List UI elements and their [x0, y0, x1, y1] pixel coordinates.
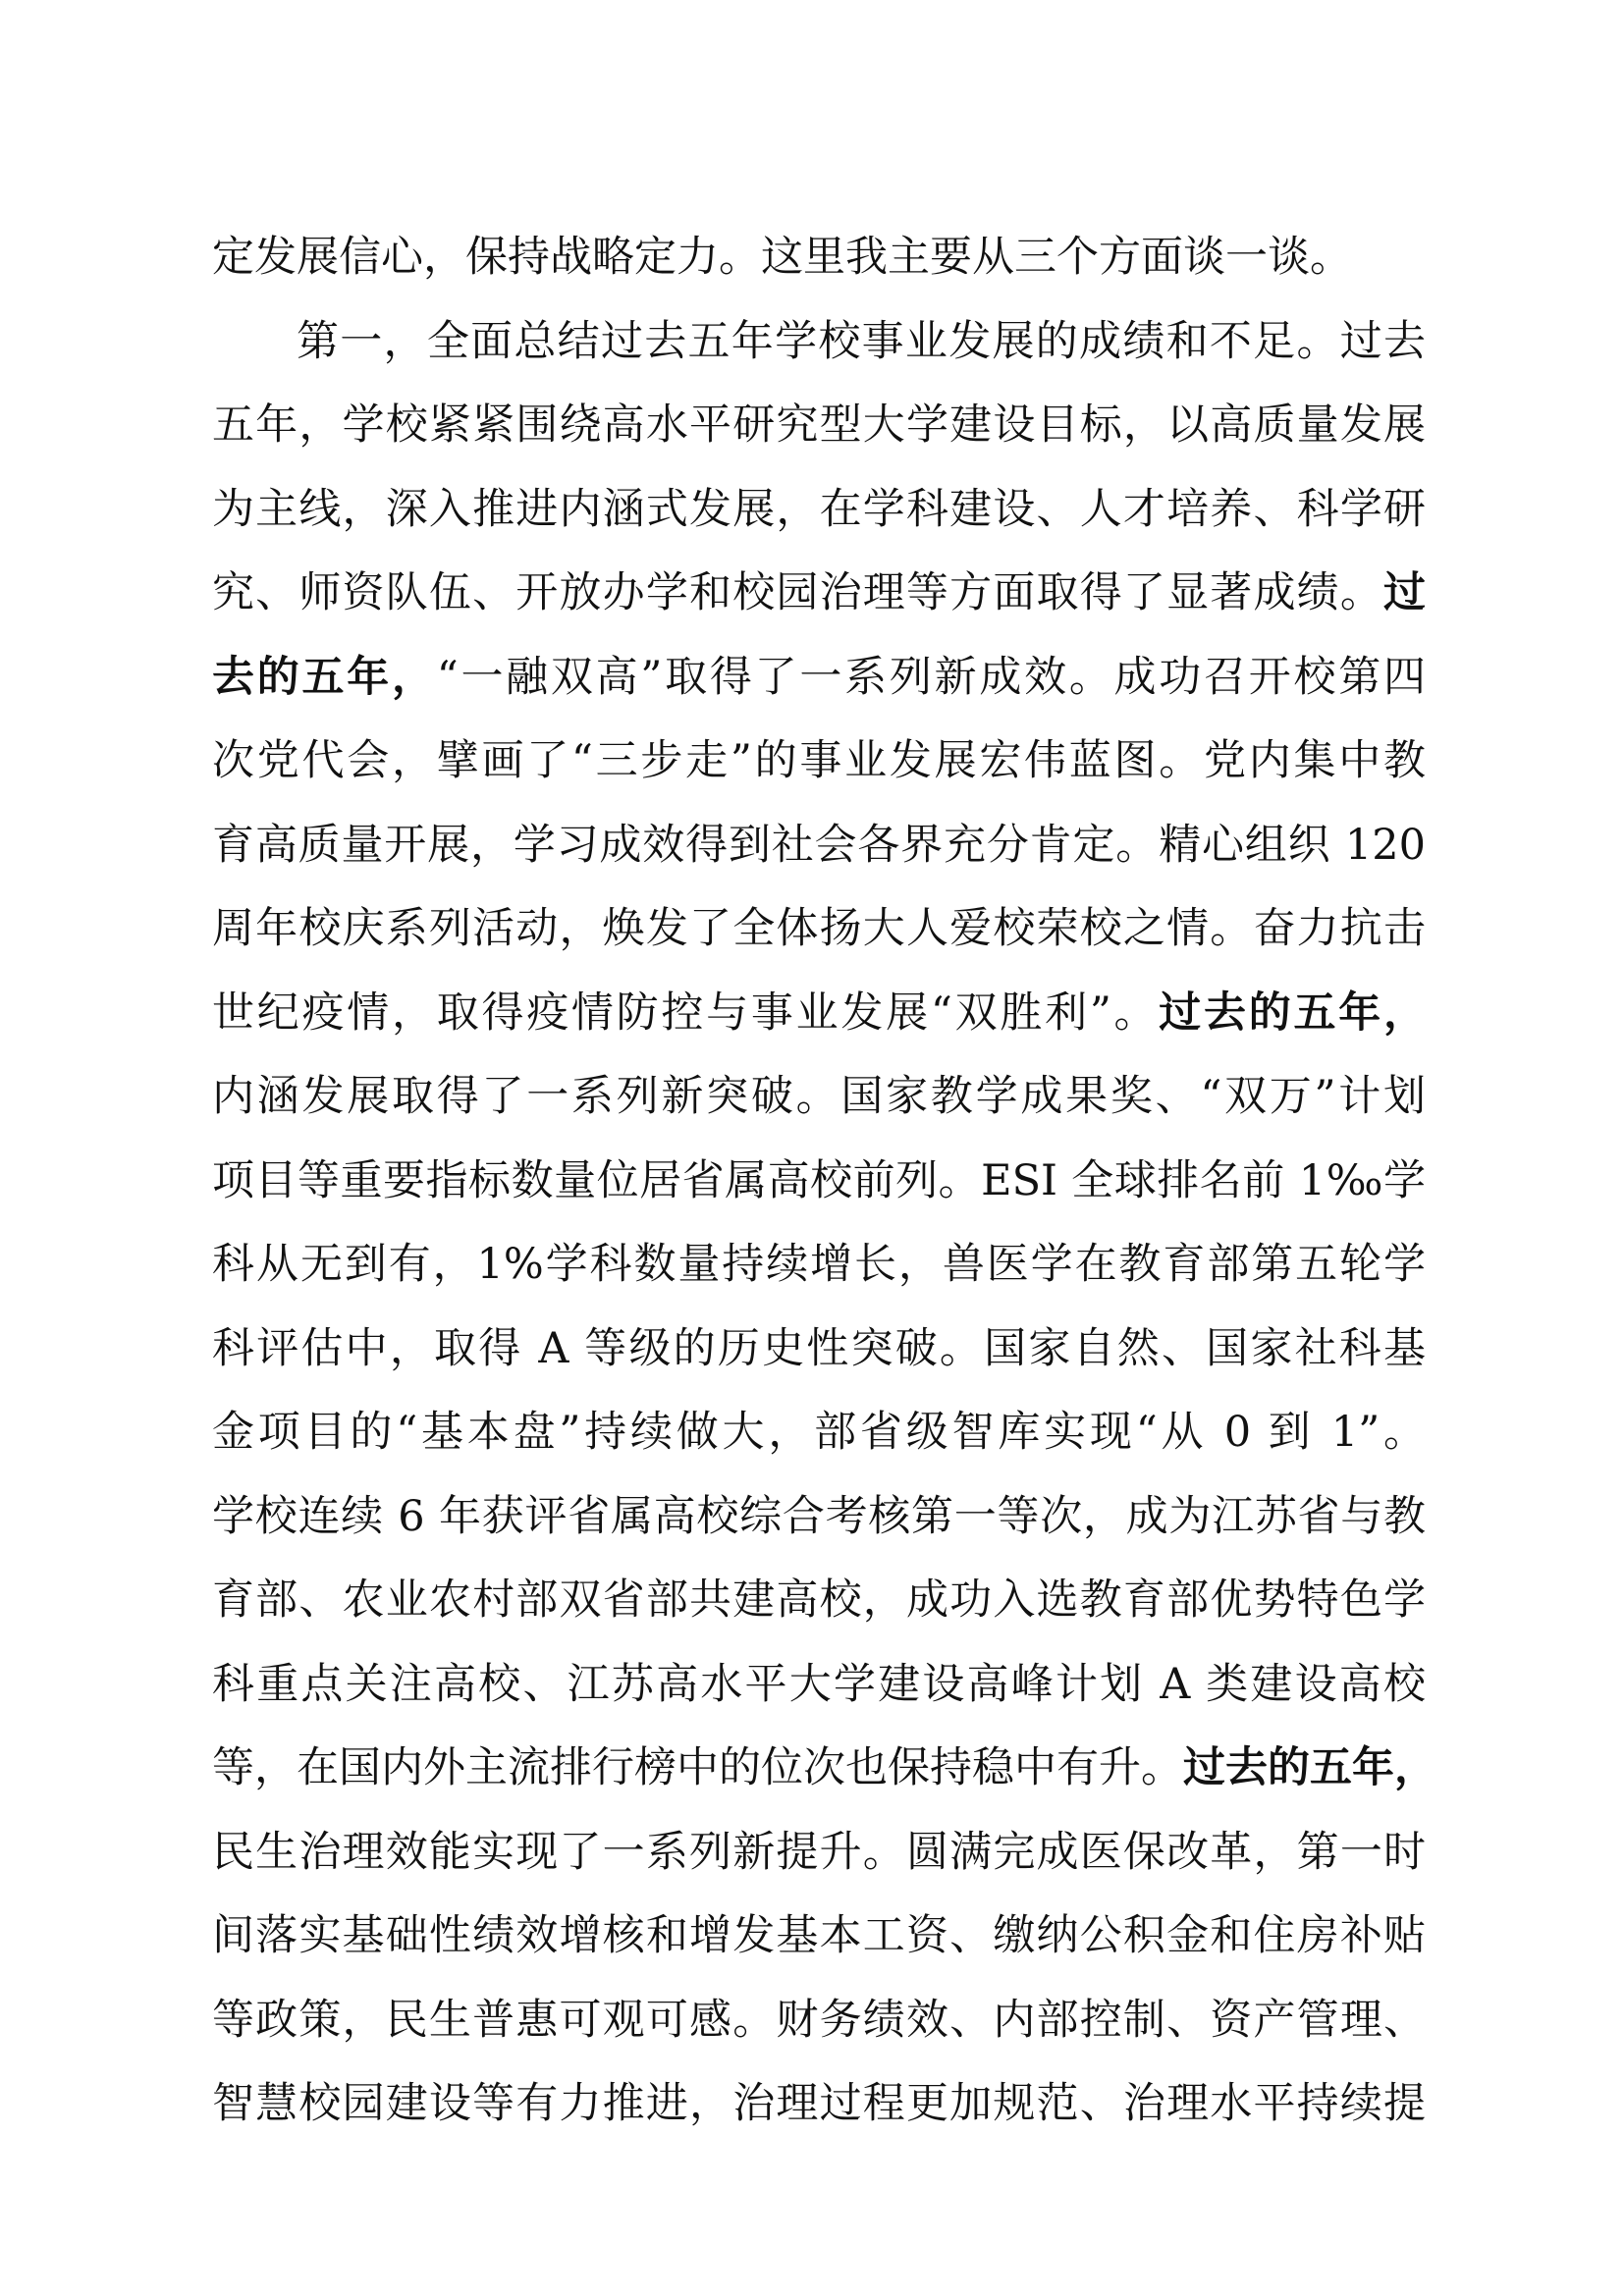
text-line-22: 等政策，民生普惠可观可感。财务绩效、内部控制、资产管理、: [212, 1991, 1426, 2050]
text-segment: 定发展信心，保持战略定力。这里我主要从三个方面谈一谈。: [212, 233, 1352, 282]
text-segment: 育部、农业农村部双省部共建高校，成功入选教育部优势特色学: [212, 1575, 1426, 1625]
text-line-14: 科评估中，取得 A 等级的历史性突破。国家自然、国家社科基: [212, 1319, 1426, 1378]
bold-text-segment: 过去的五年，: [1183, 1743, 1436, 1792]
text-line-5: 究、师资队伍、开放办学和校园治理等方面取得了显著成绩。过: [212, 563, 1426, 622]
text-line-18: 科重点关注高校、江苏高水平大学建设高峰计划 A 类建设高校: [212, 1655, 1426, 1714]
text-segment: 育高质量开展，学习成效得到社会各界充分肯定。精心组织 120: [212, 821, 1426, 870]
text-line-3: 五年，学校紧紧围绕高水平研究型大学建设目标，以高质量发展: [212, 396, 1426, 454]
text-line-19: 等，在国内外主流排行榜中的位次也保持稳中有升。过去的五年，: [212, 1738, 1426, 1797]
text-segment: 五年，学校紧紧围绕高水平研究型大学建设目标，以高质量发展: [212, 400, 1426, 450]
text-segment: 民生治理效能实现了一系列新提升。圆满完成医保改革，第一时: [212, 1828, 1426, 1877]
text-segment: 金项目的“基本盘”持续做大，部省级智库实现“从 0 到 1”。: [212, 1408, 1426, 1457]
text-line-13: 科从无到有，1%学科数量持续增长，兽医学在教育部第五轮学: [212, 1235, 1426, 1294]
text-line-6: 去的五年，“一融双高”取得了一系列新成效。成功召开校第四: [212, 648, 1426, 707]
text-line-17: 育部、农业农村部双省部共建高校，成功入选教育部优势特色学: [212, 1571, 1426, 1629]
text-line-8: 育高质量开展，学习成效得到社会各界充分肯定。精心组织 120: [212, 816, 1426, 875]
document-page: 定发展信心，保持战略定力。这里我主要从三个方面谈一谈。 第一，全面总结过去五年学…: [0, 0, 1624, 2296]
text-line-20: 民生治理效能实现了一系列新提升。圆满完成医保改革，第一时: [212, 1823, 1426, 1882]
text-line-7: 次党代会，擘画了“三步走”的事业发展宏伟蓝图。党内集中教: [212, 731, 1426, 790]
text-line-9: 周年校庆系列活动，焕发了全体扬大人爱校荣校之情。奋力抗击: [212, 899, 1426, 958]
bold-text-segment: 去的五年，: [212, 653, 437, 702]
text-line-2-paragraph-start: 第一，全面总结过去五年学校事业发展的成绩和不足。过去: [297, 312, 1426, 371]
text-segment: 科重点关注高校、江苏高水平大学建设高峰计划 A 类建设高校: [212, 1660, 1426, 1709]
bold-text-segment: 过: [1383, 568, 1426, 617]
text-line-16: 学校连续 6 年获评省属高校综合考核第一等次，成为江苏省与教: [212, 1487, 1426, 1546]
text-segment: 世纪疫情，取得疫情防控与事业发展“双胜利”。: [212, 988, 1159, 1038]
text-line-23: 智慧校园建设等有力推进，治理过程更加规范、治理水平持续提: [212, 2074, 1426, 2133]
text-segment: 项目等重要指标数量位居省属高校前列。ESI 全球排名前 1‰学: [212, 1156, 1426, 1205]
text-segment: 学校连续 6 年获评省属高校综合考核第一等次，成为江苏省与教: [212, 1492, 1426, 1541]
text-line-1: 定发展信心，保持战略定力。这里我主要从三个方面谈一谈。: [212, 228, 1426, 287]
text-segment: 究、师资队伍、开放办学和校园治理等方面取得了显著成绩。: [212, 568, 1383, 617]
text-line-12: 项目等重要指标数量位居省属高校前列。ESI 全球排名前 1‰学: [212, 1151, 1426, 1210]
text-segment: 等，在国内外主流排行榜中的位次也保持稳中有升。: [212, 1743, 1183, 1792]
text-segment: 为主线，深入推进内涵式发展，在学科建设、人才培养、科学研: [212, 485, 1426, 534]
text-line-11: 内涵发展取得了一系列新突破。国家教学成果奖、“双万”计划: [212, 1067, 1426, 1126]
text-line-10: 世纪疫情，取得疫情防控与事业发展“双胜利”。过去的五年，: [212, 984, 1426, 1042]
bold-text-segment: 过去的五年，: [1159, 988, 1426, 1038]
text-line-4: 为主线，深入推进内涵式发展，在学科建设、人才培养、科学研: [212, 480, 1426, 539]
text-segment: 科从无到有，1%学科数量持续增长，兽医学在教育部第五轮学: [212, 1240, 1426, 1289]
text-segment: 内涵发展取得了一系列新突破。国家教学成果奖、“双万”计划: [212, 1072, 1426, 1121]
text-segment: 第一，全面总结过去五年学校事业发展的成绩和不足。过去: [297, 317, 1426, 366]
text-segment: 科评估中，取得 A 等级的历史性突破。国家自然、国家社科基: [212, 1324, 1426, 1373]
text-segment: “一融双高”取得了一系列新成效。成功召开校第四: [437, 653, 1426, 702]
text-segment: 间落实基础性绩效增核和增发基本工资、缴纳公积金和住房补贴: [212, 1911, 1426, 1960]
text-line-21: 间落实基础性绩效增核和增发基本工资、缴纳公积金和住房补贴: [212, 1906, 1426, 1965]
text-segment: 等政策，民生普惠可观可感。财务绩效、内部控制、资产管理、: [212, 1996, 1426, 2045]
text-line-15: 金项目的“基本盘”持续做大，部省级智库实现“从 0 到 1”。: [212, 1403, 1426, 1462]
text-segment: 周年校庆系列活动，焕发了全体扬大人爱校荣校之情。奋力抗击: [212, 904, 1426, 953]
text-segment: 智慧校园建设等有力推进，治理过程更加规范、治理水平持续提: [212, 2079, 1426, 2128]
text-segment: 次党代会，擘画了“三步走”的事业发展宏伟蓝图。党内集中教: [212, 736, 1426, 785]
